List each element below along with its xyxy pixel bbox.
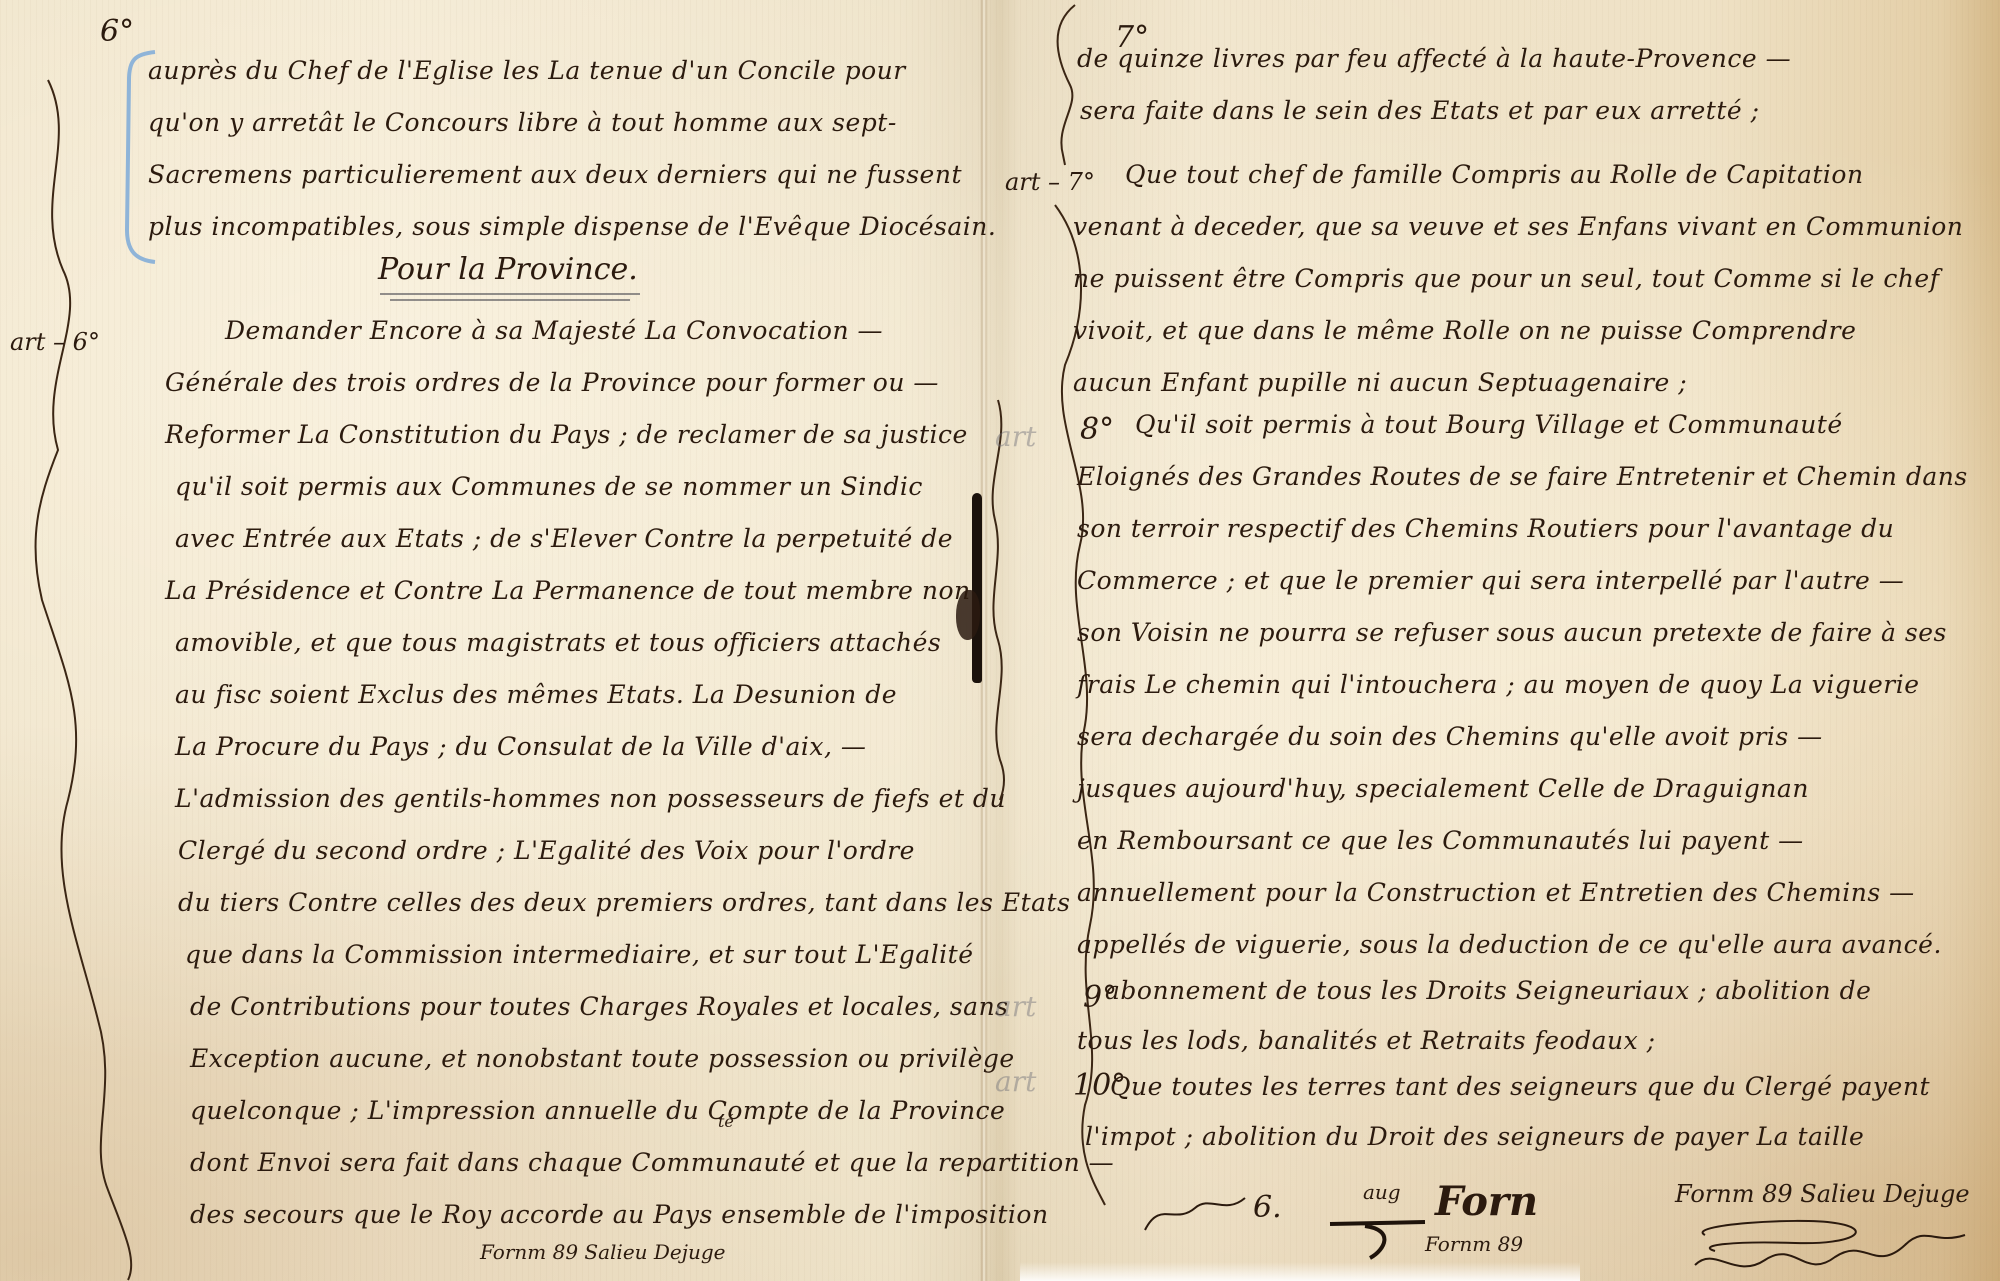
text-line: venant à deceder, que sa veuve et ses En… xyxy=(1073,212,1963,241)
text-line: Générale des trois ordres de la Province… xyxy=(165,368,939,397)
text-line: vivoit, et que dans le même Rolle on ne … xyxy=(1073,316,1856,345)
text-line: Eloignés des Grandes Routes de se faire … xyxy=(1077,462,1968,491)
manuscript-spread: 6° auprès du Chef de l'Eglise les La ten… xyxy=(0,0,2000,1281)
text-line: Qu'il soit permis à tout Bourg Village e… xyxy=(1135,410,1843,439)
article-label: art – 7° xyxy=(1005,168,1095,196)
text-line: Sacremens particulierement aux deux dern… xyxy=(148,160,962,189)
text-line: aucun Enfant pupille ni aucun Septuagena… xyxy=(1073,368,1687,397)
text-line: ne puissent être Compris que pour un seu… xyxy=(1073,264,1940,293)
text-line: qu'on y arretât le Concours libre à tout… xyxy=(148,108,897,137)
text-line: Que toutes les terres tant des seigneurs… xyxy=(1110,1072,1930,1101)
article-label: 8° xyxy=(1080,412,1114,447)
text-line: sera dechargée du soin des Chemins qu'el… xyxy=(1077,722,1823,751)
text-line: son terroir respectif des Chemins Routie… xyxy=(1077,514,1894,543)
text-line: des secours que le Roy accorde au Pays e… xyxy=(190,1200,1049,1229)
text-line: Clergé du second ordre ; L'Egalité des V… xyxy=(178,836,915,865)
text-line: Reformer La Constitution du Pays ; de re… xyxy=(165,420,968,449)
signature-paraph xyxy=(1675,1215,1975,1281)
text-line: auprès du Chef de l'Eglise les La tenue … xyxy=(148,56,906,85)
heading-underline xyxy=(390,299,630,301)
text-line: amovible, et que tous magistrats et tous… xyxy=(175,628,941,657)
signature-initials: aug xyxy=(1363,1180,1401,1204)
text-line: avec Entrée aux Etats ; de s'Elever Cont… xyxy=(175,524,953,553)
text-line: sera faite dans le sein des Etats et par… xyxy=(1080,96,1760,125)
left-page: 6° auprès du Chef de l'Eglise les La ten… xyxy=(0,0,985,1281)
article-label: art – 6° xyxy=(10,328,100,356)
text-line: Exception aucune, et nonobstant toute po… xyxy=(190,1044,1015,1073)
text-line: L'admission des gentils-hommes non posse… xyxy=(175,784,1006,813)
ghost-margin-note: art xyxy=(995,420,1036,453)
text-line: La Procure du Pays ; du Consulat de la V… xyxy=(175,732,866,761)
text-line: frais Le chemin qui l'intouchera ; au mo… xyxy=(1077,670,1920,699)
text-line: Demander Encore à sa Majesté La Convocat… xyxy=(225,316,883,345)
signature-mark: 6. xyxy=(1253,1190,1282,1225)
margin-flourish xyxy=(1145,1180,1255,1240)
text-line: qu'il soit permis aux Communes de se nom… xyxy=(175,472,923,501)
right-page: art art art 7° de quinze livres par feu … xyxy=(985,0,2000,1281)
text-line: jusques aujourd'huy, specialement Celle … xyxy=(1077,774,1809,803)
text-line: son Voisin ne pourra se refuser sous auc… xyxy=(1077,618,1947,647)
text-line: Commerce ; et que le premier qui sera in… xyxy=(1077,566,1904,595)
signature: Fornm 89 Salieu Dejuge xyxy=(1675,1180,1970,1208)
text-line: au fisc soient Exclus des mêmes Etats. L… xyxy=(175,680,897,709)
text-line: Que tout chef de famille Compris au Roll… xyxy=(1125,160,1864,189)
text-line: appellés de viguerie, sous la deduction … xyxy=(1077,930,1942,959)
ghost-margin-note: art xyxy=(995,1065,1036,1098)
text-line: de Contributions pour toutes Charges Roy… xyxy=(190,992,1009,1021)
text-line: quelconque ; L'impression annuelle du Co… xyxy=(190,1096,1005,1125)
text-line: La Présidence et Contre La Permanence de… xyxy=(165,576,971,605)
text-line: dont Envoi sera fait dans chaque Communa… xyxy=(190,1148,1114,1177)
text-line: en Remboursant ce que les Communautés lu… xyxy=(1077,826,1804,855)
signature: Forn xyxy=(1435,1178,1538,1225)
interlinear-note: té xyxy=(718,1112,734,1131)
ghost-margin-note: art xyxy=(995,990,1036,1023)
margin-bracket-wavy xyxy=(28,80,88,1280)
text-line: que dans la Commission intermediaire, et… xyxy=(185,940,974,969)
margin-bracket-wavy-fold xyxy=(980,400,1020,800)
text-line: l'impot ; abolition du Droit des seigneu… xyxy=(1085,1122,1864,1151)
text-line: de quinze livres par feu affecté à la ha… xyxy=(1077,44,1791,73)
heading-underline xyxy=(380,293,640,295)
text-line: tous les lods, banalités et Retraits feo… xyxy=(1077,1026,1656,1055)
signature: Fornm 89 Salieu Dejuge xyxy=(480,1240,725,1264)
signature-flourish xyxy=(1325,1210,1445,1260)
paragraph-number: 6° xyxy=(100,14,134,49)
text-line: annuellement pour la Construction et Ent… xyxy=(1077,878,1915,907)
text-line: du tiers Contre celles des deux premiers… xyxy=(178,888,1070,917)
section-heading: Pour la Province. xyxy=(378,252,638,287)
text-line: plus incompatibles, sous simple dispense… xyxy=(148,212,996,241)
text-line: abonnement de tous les Droits Seigneuria… xyxy=(1105,976,1871,1005)
